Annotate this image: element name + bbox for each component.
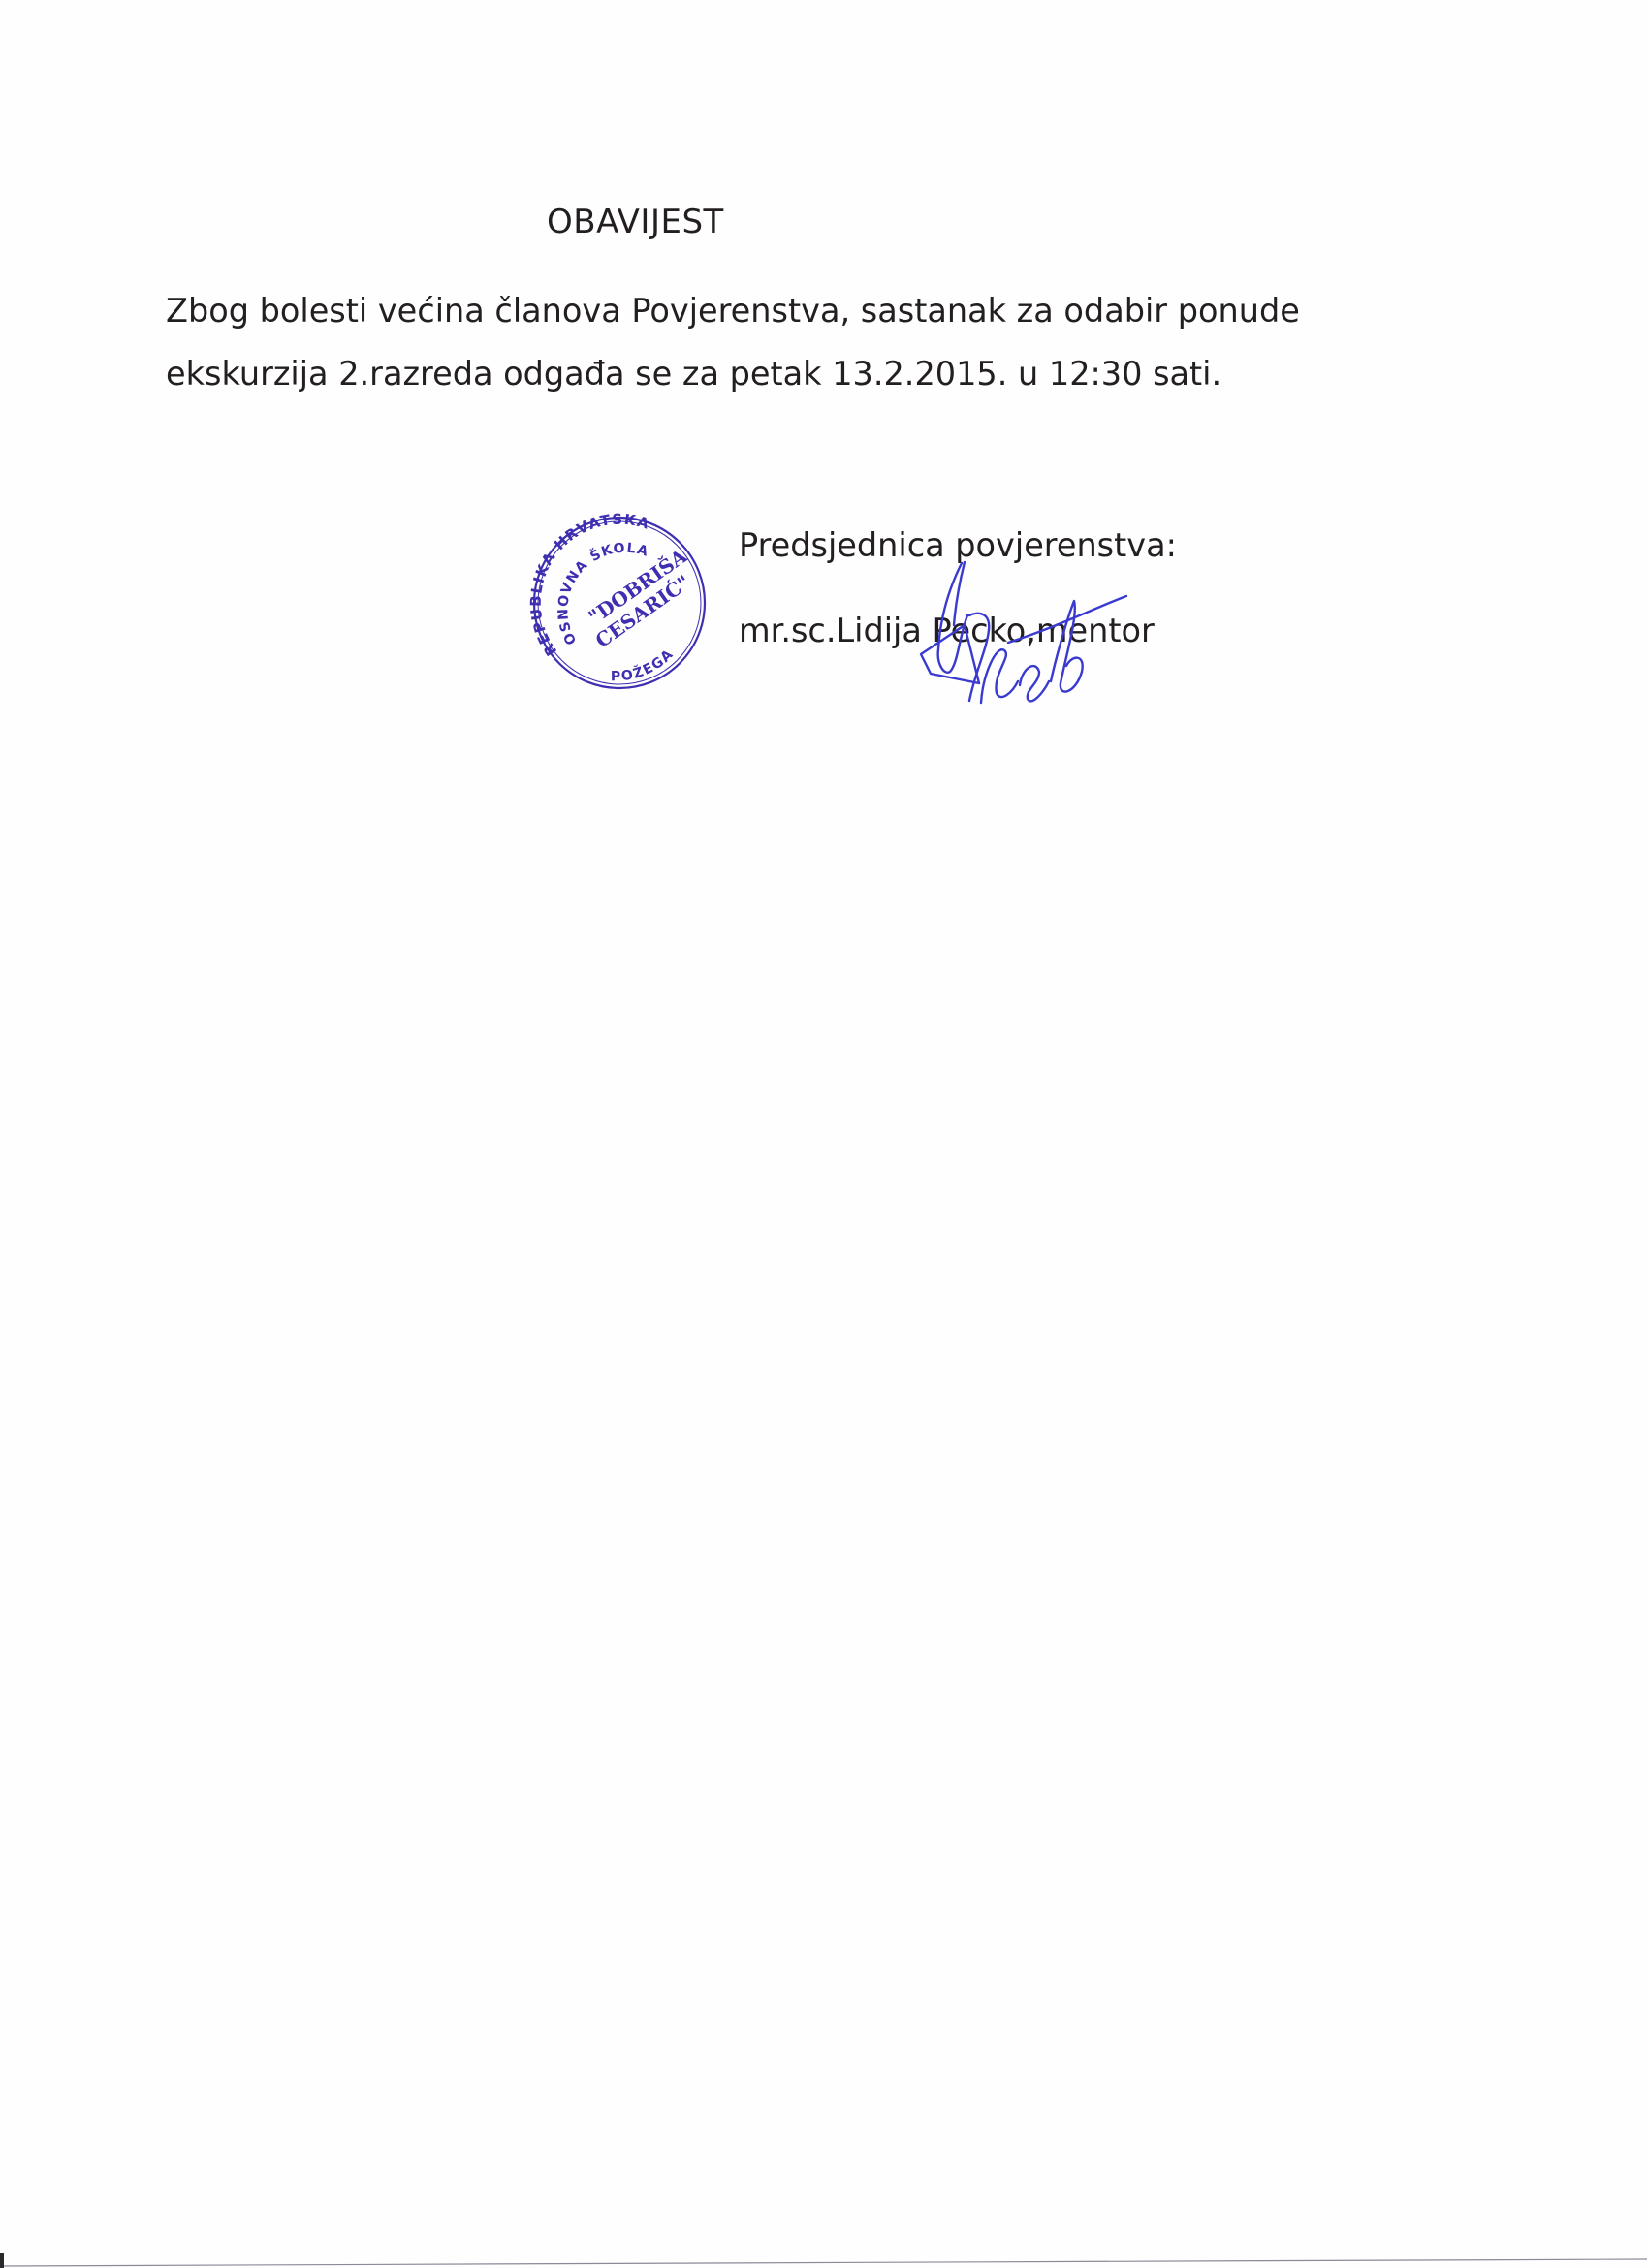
scanned-page: OBAVIJEST Zbog bolesti većina članova Po… <box>0 0 1647 2268</box>
stamp-bottom-text: POŽEGA <box>611 646 678 685</box>
handwritten-signature <box>911 557 1154 708</box>
notice-body: Zbog bolesti većina članova Povjerenstva… <box>166 279 1523 405</box>
notice-line-2: ekskurzija 2.razreda odgađa se za petak … <box>166 342 1523 405</box>
notice-line-1: Zbog bolesti većina članova Povjerenstva… <box>166 279 1523 342</box>
scan-edge-mark <box>0 2253 4 2268</box>
scan-edge-line <box>0 2256 1647 2268</box>
document-title: OBAVIJEST <box>547 205 724 238</box>
school-stamp: REPUBLIKA HRVATSKA OSNOVNA ŠKOLA "DOBRIŠ… <box>519 506 722 700</box>
